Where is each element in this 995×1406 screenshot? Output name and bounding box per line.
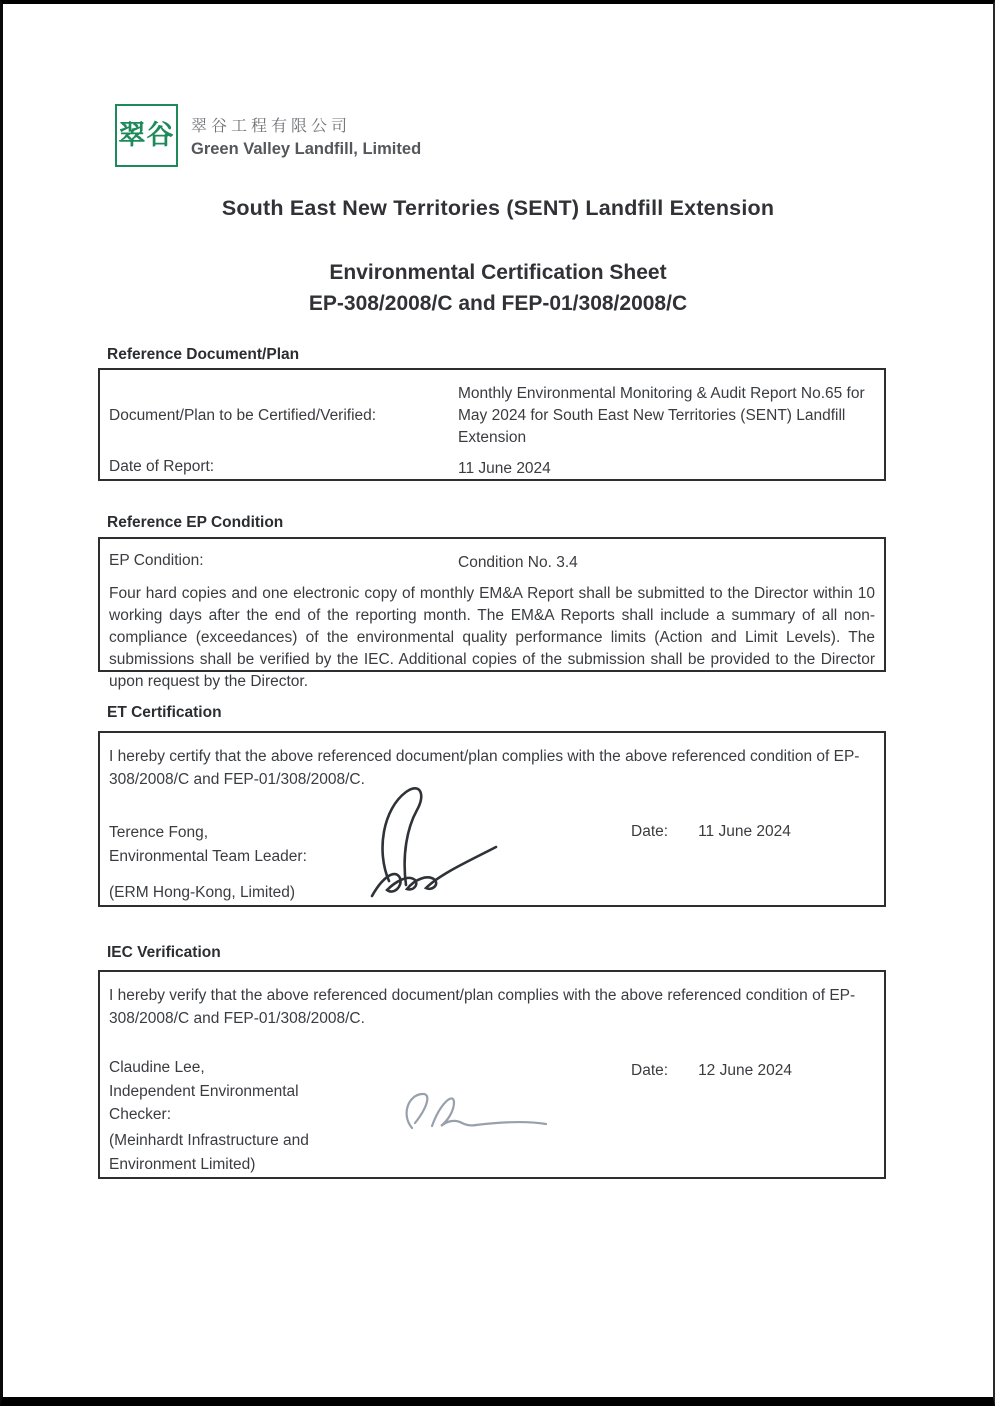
iec-signatory-title-line2: Checker: — [109, 1103, 299, 1127]
et-signatory-name: Terence Fong, — [109, 821, 307, 845]
subtitle-line2: EP-308/2008/C and FEP-01/308/2008/C — [3, 288, 993, 319]
table-row: Date of Report: 11 June 2024 — [100, 458, 884, 480]
et-date-value: 11 June 2024 — [698, 823, 791, 840]
company-seal-logo: 翠谷 — [115, 104, 178, 167]
iec-verification-statement: I hereby verify that the above reference… — [109, 984, 874, 1030]
table-row: EP Condition: Condition No. 3.4 — [100, 552, 884, 574]
reference-document-box: Document/Plan to be Certified/Verified: … — [98, 368, 886, 481]
et-signatory-block: Terence Fong, Environmental Team Leader: — [109, 821, 307, 868]
company-name-english: Green Valley Landfill, Limited — [191, 140, 421, 159]
certification-sheet-page: 翠谷 翠谷工程有限公司 Green Valley Landfill, Limit… — [0, 0, 995, 1406]
subtitle-line1: Environmental Certification Sheet — [3, 257, 993, 288]
iec-signatory-company-line1: (Meinhardt Infrastructure and — [109, 1129, 309, 1153]
ep-condition-description: Four hard copies and one electronic copy… — [109, 583, 875, 693]
iec-signatory-title-line1: Independent Environmental — [109, 1080, 299, 1104]
date-of-report-label: Date of Report: — [109, 458, 458, 480]
iec-date-value: 12 June 2024 — [698, 1062, 792, 1079]
iec-signature — [396, 1088, 551, 1138]
ep-condition-box: EP Condition: Condition No. 3.4 Four har… — [98, 537, 886, 672]
iec-signatory-company: (Meinhardt Infrastructure and Environmen… — [109, 1129, 309, 1176]
iec-date-row: Date:12 June 2024 — [631, 1062, 792, 1080]
iec-verification-box: I hereby verify that the above reference… — [98, 970, 886, 1179]
date-of-report-value: 11 June 2024 — [458, 458, 878, 480]
ep-condition-value: Condition No. 3.4 — [458, 552, 878, 574]
page-title: South East New Territories (SENT) Landfi… — [3, 196, 993, 221]
document-plan-value: Monthly Environmental Monitoring & Audit… — [458, 383, 878, 449]
company-header: 翠谷 翠谷工程有限公司 Green Valley Landfill, Limit… — [115, 104, 421, 167]
et-signature — [356, 779, 506, 899]
section-heading-iec-verification: IEC Verification — [107, 944, 221, 962]
et-signatory-title: Environmental Team Leader: — [109, 845, 307, 869]
document-plan-label: Document/Plan to be Certified/Verified: — [109, 407, 458, 425]
table-row: Document/Plan to be Certified/Verified: … — [100, 383, 884, 449]
iec-signatory-company-line2: Environment Limited) — [109, 1153, 309, 1177]
page-subtitle: Environmental Certification Sheet EP-308… — [3, 257, 993, 319]
section-heading-et-certification: ET Certification — [107, 704, 222, 722]
ep-condition-label: EP Condition: — [109, 552, 458, 574]
section-heading-ep-condition: Reference EP Condition — [107, 514, 283, 532]
et-date-row: Date:11 June 2024 — [631, 823, 791, 841]
et-date-label: Date: — [631, 823, 668, 840]
company-name-chinese: 翠谷工程有限公司 — [191, 113, 421, 136]
seal-text: 翠谷 — [119, 122, 175, 149]
iec-signatory-name: Claudine Lee, — [109, 1056, 299, 1080]
et-certification-box: I hereby certify that the above referenc… — [98, 731, 886, 907]
company-names: 翠谷工程有限公司 Green Valley Landfill, Limited — [191, 113, 421, 159]
iec-signatory-block: Claudine Lee, Independent Environmental … — [109, 1056, 299, 1127]
iec-date-label: Date: — [631, 1062, 668, 1079]
section-heading-reference-document: Reference Document/Plan — [107, 346, 299, 364]
et-signatory-company: (ERM Hong-Kong, Limited) — [109, 881, 295, 905]
